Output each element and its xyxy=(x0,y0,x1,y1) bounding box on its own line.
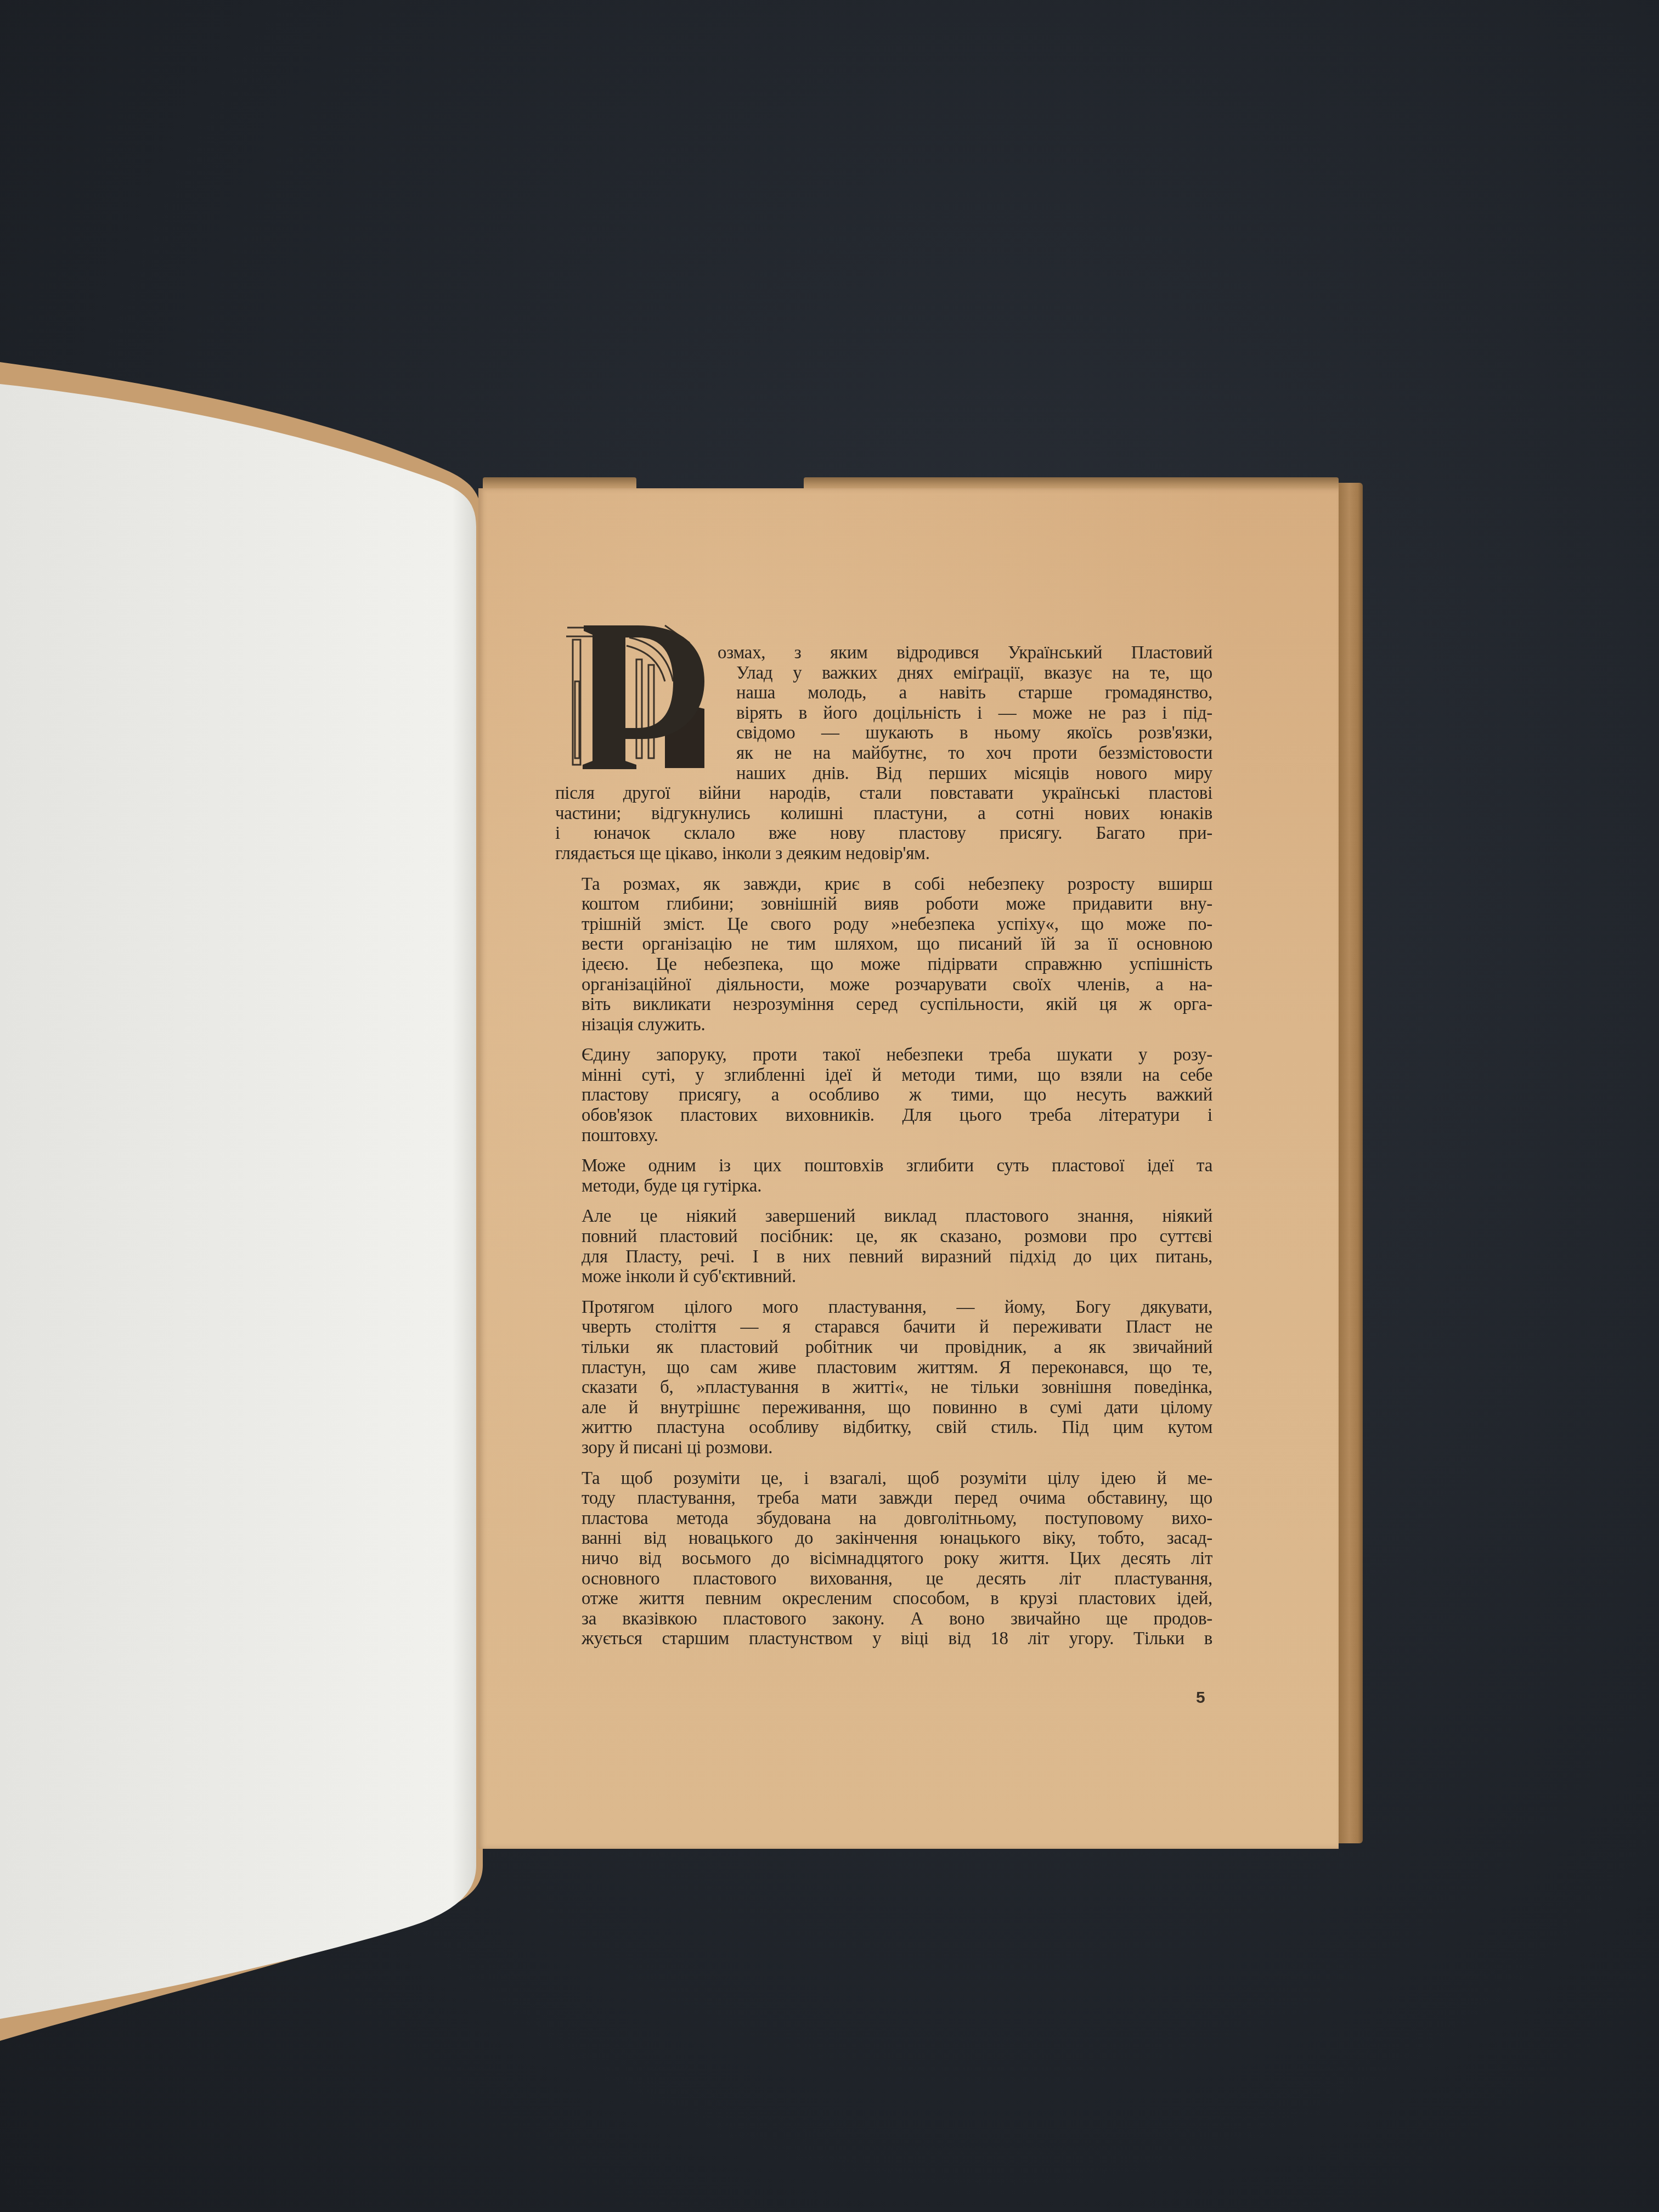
text-line: для Пласту, речі. І в них певний виразни… xyxy=(555,1247,1212,1267)
text-line: і юначок склало вже нову пластову присяг… xyxy=(555,823,1212,844)
text-line: може інколи й суб'єктивний. xyxy=(555,1267,1212,1287)
text-line: зору й писані ці розмови. xyxy=(555,1438,1212,1458)
text-line: життю пластуна особливу відбитку, свій с… xyxy=(555,1418,1212,1438)
text-line: глядається ще цікаво, інколи з деяким не… xyxy=(555,844,1212,864)
text-line: наших днів. Від перших місяців нового ми… xyxy=(555,764,1212,784)
text-line: тільки як пластовий робітник чи провідни… xyxy=(555,1338,1212,1358)
text-line: організаційної діяльности, може розчарув… xyxy=(555,975,1212,995)
text-line: поштовху. xyxy=(555,1126,1212,1146)
page-top-edge xyxy=(483,477,636,489)
text-line: після другої війни народів, стали повста… xyxy=(555,783,1212,804)
text-line: Улад у важких днях еміґрації, вказує на … xyxy=(555,663,1212,684)
text-line: Та розмах, як завжди, криє в собі небезп… xyxy=(555,874,1212,895)
text-line: частини; відгукнулись колишні пластуни, … xyxy=(555,804,1212,824)
text-line: отже життя певним окресленим способом, в… xyxy=(555,1589,1212,1609)
text-line: Може одним із цих поштовхів зглибити сут… xyxy=(555,1156,1212,1176)
text-line: обов'язок пластових виховників. Для цьог… xyxy=(555,1105,1212,1126)
paragraph-7: Та щоб розуміти це, і взагалі, щоб розум… xyxy=(555,1469,1212,1649)
text-line: як не на майбутнє, то хоч проти беззміст… xyxy=(555,743,1212,764)
page-top-edge xyxy=(804,477,1339,489)
text-line: жується старшим пластунством у віці від … xyxy=(555,1629,1212,1649)
text-line: вести організацію не тим шляхом, що писа… xyxy=(555,934,1212,955)
left-blank-page xyxy=(0,0,494,2212)
text-line: Але це ніякий завершений виклад пластово… xyxy=(555,1206,1212,1227)
text-line: за вказівкою пластового закону. А воно з… xyxy=(555,1609,1212,1629)
text-line: пластову присягу, а особливо ж тими, що … xyxy=(555,1085,1212,1105)
text-line: мінні суті, у зглибленні ідеї й методи т… xyxy=(555,1065,1212,1086)
text-line: озмах, з яким відродився Український Пла… xyxy=(555,643,1212,663)
text-line: повний пластовий посібник: це, як сказан… xyxy=(555,1227,1212,1247)
text-line: чверть століття — я старався бачити й пе… xyxy=(555,1317,1212,1338)
text-line: тоду пластування, треба мати завжди пере… xyxy=(555,1488,1212,1509)
body-text: озмах, з яким відродився Український Пла… xyxy=(555,643,1212,1660)
paragraph-5: Але це ніякий завершений виклад пластово… xyxy=(555,1206,1212,1286)
text-line: свідомо — шукають в ньому якоїсь розв'яз… xyxy=(555,723,1212,743)
page-stack-right-edge xyxy=(1339,483,1363,1843)
text-line: Єдину запоруку, проти такої небезпеки тр… xyxy=(555,1045,1212,1065)
paragraph-6: Протягом цілого мого пластування, — йому… xyxy=(555,1297,1212,1458)
text-line: наша молодь, а навіть старше громадянств… xyxy=(555,683,1212,703)
text-line: віть викликати незрозуміння серед суспіл… xyxy=(555,995,1212,1015)
paragraph-2: Та розмах, як завжди, криє в собі небезп… xyxy=(555,874,1212,1035)
page-number: 5 xyxy=(1196,1689,1205,1707)
text-line: ничо від восьмого до вісімнадцятого року… xyxy=(555,1549,1212,1569)
paragraph-4: Може одним із цих поштовхів зглибити сут… xyxy=(555,1156,1212,1196)
text-line: Та щоб розуміти це, і взагалі, щоб розум… xyxy=(555,1469,1212,1489)
text-line: трішній зміст. Це свого роду »небезпека … xyxy=(555,915,1212,935)
text-line: але й внутрішнє переживання, що повинно … xyxy=(555,1398,1212,1418)
text-line: пластун, що сам живе пластовим життям. Я… xyxy=(555,1358,1212,1378)
text-line: методи, буде ця гутірка. xyxy=(555,1176,1212,1197)
paragraph-1: озмах, з яким відродився Український Пла… xyxy=(555,643,1212,864)
text-line: основного пластового виховання, це десят… xyxy=(555,1569,1212,1589)
text-line: Протягом цілого мого пластування, — йому… xyxy=(555,1297,1212,1318)
text-line: вірять в його доцільність і — може не ра… xyxy=(555,703,1212,724)
text-line: сказати б, »пластування в житті«, не тіл… xyxy=(555,1378,1212,1398)
text-line: нізація служить. xyxy=(555,1015,1212,1035)
text-line: ванні від новацького до закінчення юнаць… xyxy=(555,1528,1212,1549)
paragraph-3: Єдину запоруку, проти такої небезпеки тр… xyxy=(555,1045,1212,1145)
text-line: пластова метода збудована на довголітньо… xyxy=(555,1509,1212,1529)
text-line: коштом глибини; зовнішній вияв роботи мо… xyxy=(555,894,1212,915)
text-line: ідеєю. Це небезпека, що може підірвати с… xyxy=(555,955,1212,975)
